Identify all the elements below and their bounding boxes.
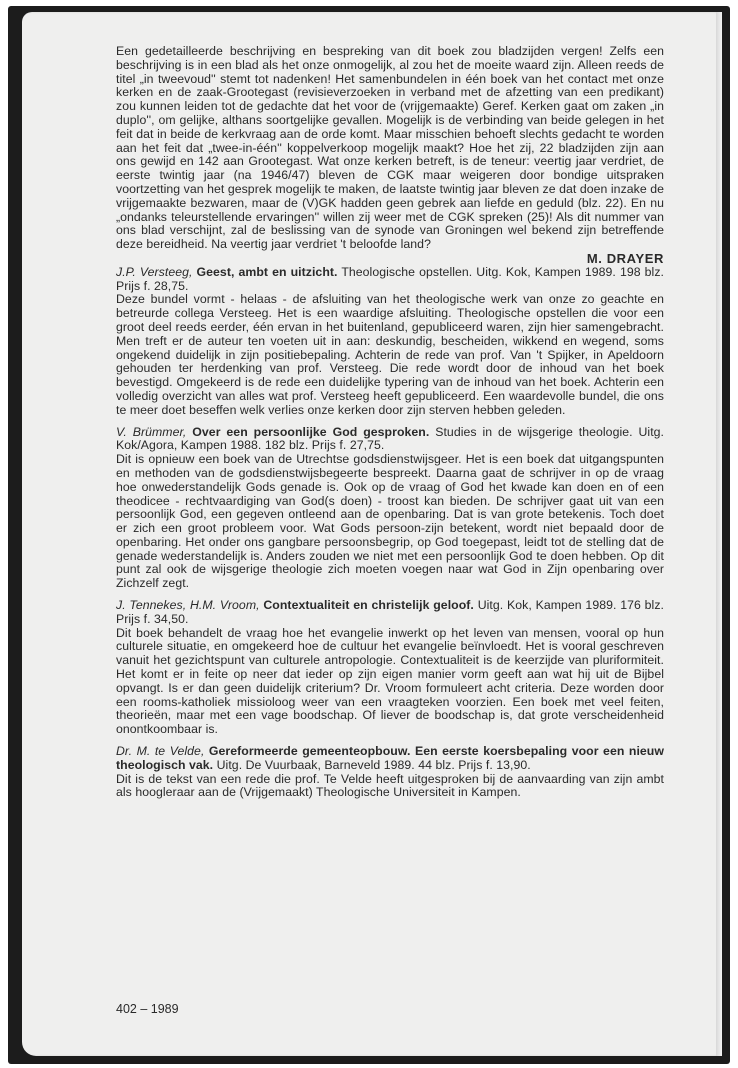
page-content: Een gedetailleerde beschrijving en bespr… [116,45,664,808]
review-author: J. Tennekes, H.M. Vroom, [116,598,260,612]
review-heading: V. Brümmer, Over een persoonlijke God ge… [116,426,664,454]
review-title: Geest, ambt en uitzicht. [197,265,338,279]
signature: M. DRAYER [116,252,664,266]
review-tennekes-vroom: J. Tennekes, H.M. Vroom, Contextualiteit… [116,599,664,737]
review-te-velde: Dr. M. te Velde, Gereformeerde gemeenteo… [116,745,664,800]
review-versteeg: J.P. Versteeg, Geest, ambt en uitzicht. … [116,266,664,418]
review-title: Over een persoonlijke God gesproken. [192,425,429,439]
review-heading: J.P. Versteeg, Geest, ambt en uitzicht. … [116,266,664,294]
review-details: Uitg. De Vuurbaak, Barneveld 1989. 44 bl… [217,758,531,772]
review-author: V. Brümmer, [116,425,186,439]
review-body: Dit is de tekst van een rede die prof. T… [116,773,664,801]
review-body: Dit boek behandelt de vraag hoe het evan… [116,627,664,737]
review-brummer: V. Brümmer, Over een persoonlijke God ge… [116,426,664,592]
page-number: 402 – 1989 [116,1002,179,1016]
review-heading: J. Tennekes, H.M. Vroom, Contextualiteit… [116,599,664,627]
review-heading: Dr. M. te Velde, Gereformeerde gemeenteo… [116,745,664,773]
review-title: Contextualiteit en christelijk geloof. [263,598,474,612]
page-edge [716,12,722,1056]
review-author: Dr. M. te Velde, [116,744,204,758]
review-body: Dit is opnieuw een boek van de Utrechtse… [116,453,664,591]
intro-paragraph: Een gedetailleerde beschrijving en bespr… [116,45,664,252]
review-body: Deze bundel vormt - helaas - de afsluiti… [116,293,664,417]
review-author: J.P. Versteeg, [116,265,192,279]
